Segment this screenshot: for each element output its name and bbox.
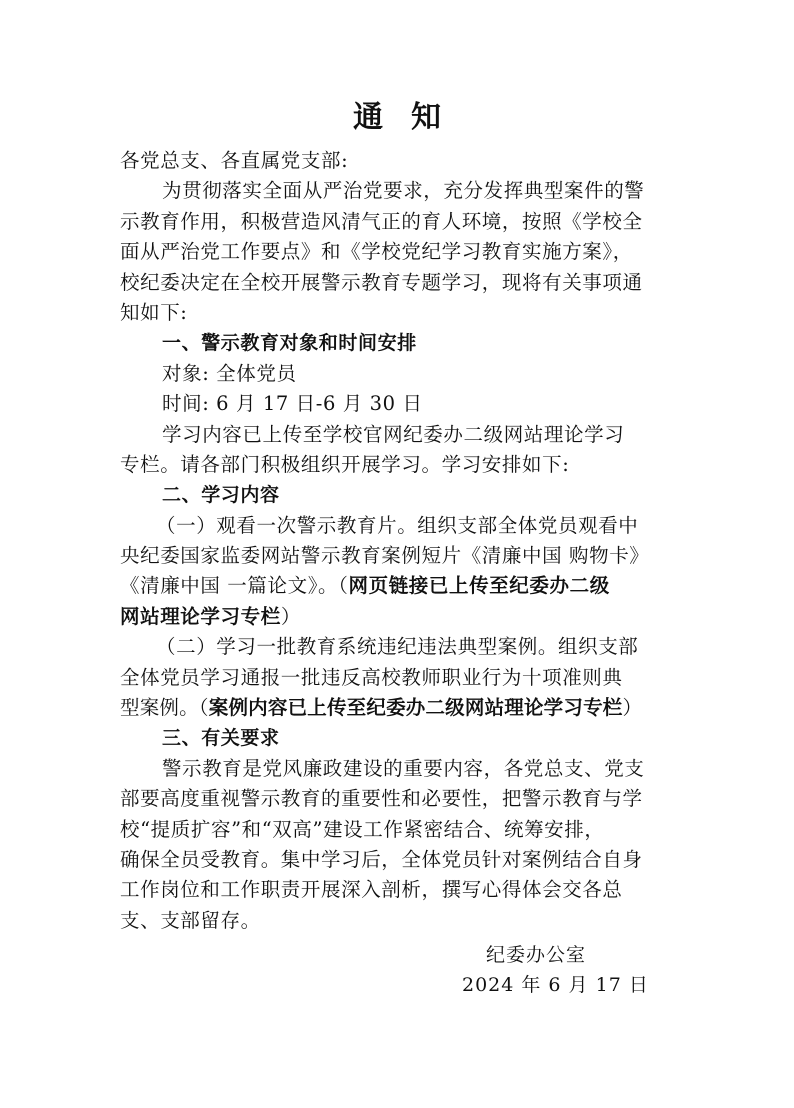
target-line: 对象: 全体党员 [120,359,680,389]
item1-line: 央纪委国家监委网站警示教育案例短片《清廉中国 购物卡》 [120,541,680,571]
requirement-line: 校“提质扩容”和“双高”建设工作紧密结合、统筹安排， [120,815,680,845]
item1-line: （一）观看一次警示教育片。组织支部全体党员观看中 [120,511,680,541]
signature-organization: 纪委办公室 [462,940,662,970]
section-heading-1: 一、警示教育对象和时间安排 [120,328,680,358]
document-page: 通知 各党总支、各直属党支部: 为贯彻落实全面从严治党要求，充分发挥典型案件的警… [0,0,794,1108]
intro-line: 知如下: [120,298,680,328]
page-title: 通知 [0,92,794,136]
item2-line: 型案例。（案例内容已上传至纪委办二级网站理论学习专栏） [120,693,680,723]
document-body: 各党总支、各直属党支部: 为贯彻落实全面从严治党要求，充分发挥典型案件的警 示教… [120,146,680,936]
item1-bold-note: 网站理论学习专栏 [120,605,281,628]
intro-line: 为贯彻落实全面从严治党要求，充分发挥典型案件的警 [120,176,680,206]
intro-line: 校纪委决定在全校开展警示教育专题学习，现将有关事项通 [120,268,680,298]
signature-date: 2024 年 6 月 17 日 [462,970,662,1000]
content-line: 专栏。请各部门积极组织开展学习。学习安排如下: [120,450,680,480]
requirement-line: 工作岗位和工作职责开展深入剖析，撰写心得体会交各总 [120,875,680,905]
item1-text: ） [281,605,301,628]
intro-line: 面从严治党工作要点》和《学校党纪学习教育实施方案》， [120,237,680,267]
section-heading-2: 二、学习内容 [120,480,680,510]
requirement-line: 警示教育是党风廉政建设的重要内容，各党总支、党支 [120,754,680,784]
item1-line: 《清廉中国 一篇论文》。（网页链接已上传至纪委办二级 [120,571,680,601]
item2-text: ） [622,696,642,719]
signature-block: 纪委办公室 2024 年 6 月 17 日 [462,940,662,1000]
salutation: 各党总支、各直属党支部: [120,146,680,176]
content-line: 学习内容已上传至学校官网纪委办二级网站理论学习 [120,420,680,450]
intro-line: 示教育作用，积极营造风清气正的育人环境，按照《学校全 [120,207,680,237]
item2-bold-note: 案例内容已上传至纪委办二级网站理论学习专栏 [209,696,623,719]
item1-bold-note: 网页链接已上传至纪委办二级 [349,574,610,597]
item2-line: （二）学习一批教育系统违纪违法典型案例。组织支部 [120,632,680,662]
item2-line: 全体党员学习通报一批违反高校教师职业行为十项准则典 [120,663,680,693]
requirement-line: 部要高度重视警示教育的重要性和必要性，把警示教育与学 [120,784,680,814]
requirement-line: 确保全员受教育。集中学习后，全体党员针对案例结合自身 [120,845,680,875]
section-heading-3: 三、有关要求 [120,723,680,753]
requirement-line: 支、支部留存。 [120,906,680,936]
item1-line: 网站理论学习专栏） [120,602,680,632]
item1-text: 《清廉中国 一篇论文》。（ [120,574,349,597]
time-line: 时间: 6 月 17 日-6 月 30 日 [120,389,680,419]
item2-text: 型案例。（ [120,696,209,719]
